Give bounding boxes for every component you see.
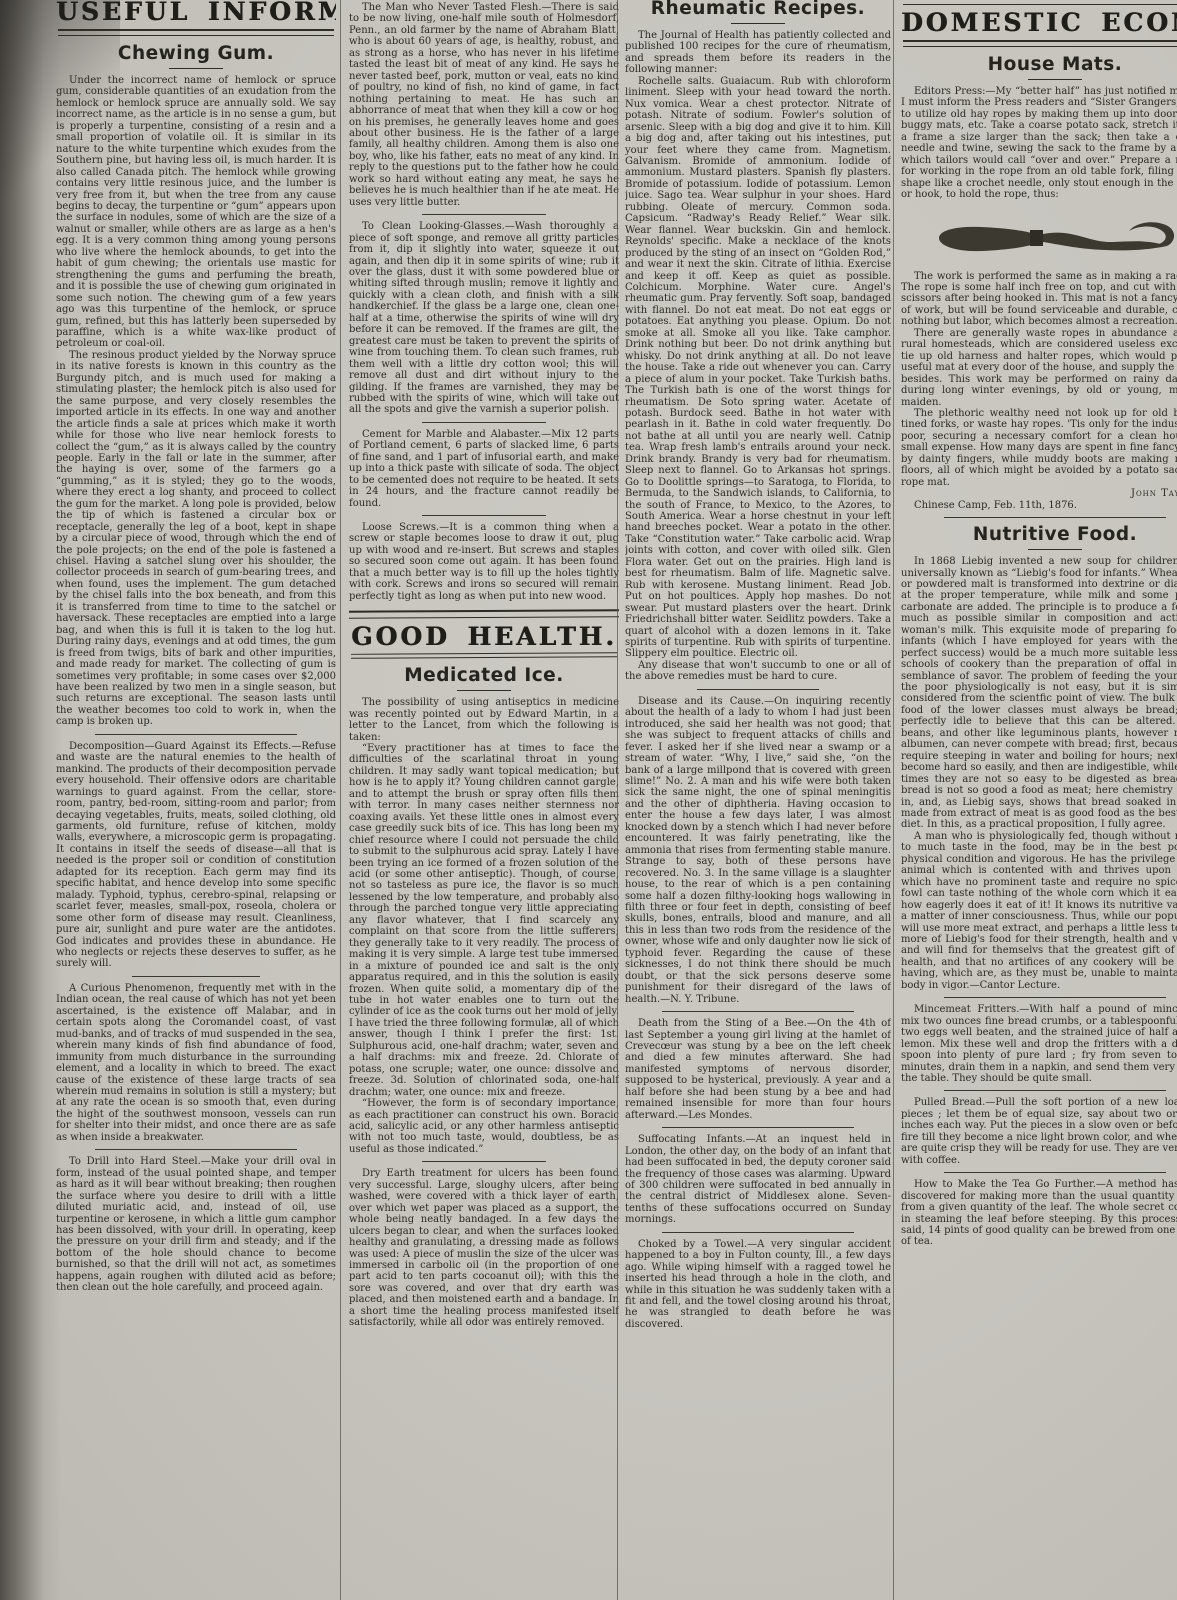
rule-divider (422, 214, 546, 215)
paragraph-sting-of-a-bee: Death from the Sting of a Bee.—On the 4t… (625, 1018, 891, 1121)
crochet-hook-illustration (931, 211, 1177, 263)
rule-divider (132, 976, 261, 977)
section-title-useful-information: USEFUL INFORMATION. (56, 0, 336, 26)
paragraph-house-mats-2: The work is performed the same as in mak… (901, 271, 1177, 328)
paragraph-curious-phenomenon: A Curious Phenomenon, frequently met wit… (56, 983, 336, 1143)
column-divider (893, 0, 894, 1600)
rule-divider (731, 23, 785, 24)
paragraph-clean-looking-glasses: To Clean Looking-Glasses.—Wash thoroughl… (349, 221, 619, 416)
paragraph-nutritive-food-1: In 1868 Liebig invented a new soup for c… (901, 556, 1177, 831)
paragraph-suffocating-infants: Suffocating Infants.—At an inquest held … (625, 1134, 891, 1226)
column-divider (617, 0, 618, 1600)
newspaper-page: USEFUL INFORMATION. Chewing Gum. Under t… (0, 0, 1177, 1600)
paragraph-rheumatic-intro: The Journal of Health has patiently coll… (625, 30, 891, 76)
article-title-house-mats: House Mats. (901, 54, 1177, 75)
paragraph-disease-and-its-cause: Disease and its Cause.—On inquiring rece… (625, 696, 891, 1005)
paragraph-chewing-gum-2: The resinous product yielded by the Norw… (56, 350, 336, 728)
article-title-medicated-ice: Medicated Ice. (349, 665, 619, 686)
column-3: Rheumatic Recipes. The Journal of Health… (625, 0, 891, 1600)
paragraph-choked-by-a-towel: Choked by a Towel.—A very singular accid… (625, 1239, 891, 1331)
rule-divider (944, 517, 1166, 518)
paragraph-house-mats-3: There are generally waste ropes in abund… (901, 328, 1177, 408)
rule-divider (944, 997, 1166, 998)
paragraph-medicated-ice-2: “Every practitioner has at times to face… (349, 743, 619, 1098)
rule-divider (903, 40, 1177, 47)
rule-divider (422, 422, 546, 423)
paragraph-decomposition: Decomposition—Guard Against its Effects.… (56, 741, 336, 970)
rule-divider (95, 1149, 297, 1150)
paragraph-loose-screws: Loose Screws.—It is a common thing when … (349, 522, 619, 602)
paragraph-pulled-bread: Pulled Bread.—Pull the soft portion of a… (901, 1097, 1177, 1166)
paragraph-house-mats-1: Editors Press:—My “better half” has just… (901, 86, 1177, 201)
paragraph-medicated-ice-3: “However, the form is of secondary impor… (349, 1098, 619, 1155)
rule-divider (697, 689, 819, 690)
paragraph-medicated-ice-1: The possibility of using antiseptics in … (349, 697, 619, 743)
signature-john-taylor: John Taylor. (901, 488, 1177, 499)
rule-divider (169, 68, 223, 69)
rule-divider (351, 652, 617, 659)
rule-divider (1028, 549, 1082, 550)
paragraph-nutritive-food-2: A man who is physiologically fed, though… (901, 831, 1177, 991)
rule-divider (662, 1011, 854, 1012)
rule-divider (95, 734, 297, 735)
article-title-chewing-gum: Chewing Gum. (56, 43, 336, 64)
article-title-rheumatic-recipes: Rheumatic Recipes. (625, 0, 891, 19)
paragraph-chewing-gum-1: Under the incorrect name of hemlock or s… (56, 75, 336, 350)
section-title-good-health: GOOD HEALTH. (349, 622, 619, 651)
paragraph-dry-earth: Dry Earth treatment for ulcers has been … (349, 1168, 619, 1328)
rule-divider (944, 1172, 1166, 1173)
rule-divider (422, 515, 546, 516)
section-title-domestic-economy: DOMESTIC ECONOMY. (901, 8, 1177, 37)
paragraph-mincemeat-fritters: Mincemeat Fritters.—With half a pound of… (901, 1004, 1177, 1084)
rule-divider (662, 1232, 854, 1233)
article-title-nutritive-food: Nutritive Food. (901, 524, 1177, 545)
paragraph-never-tasted-flesh: The Man who Never Tasted Flesh.—There is… (349, 2, 619, 208)
rule-divider (349, 609, 619, 618)
rule-divider (662, 1127, 854, 1128)
column-divider (340, 0, 341, 1600)
rule-divider (944, 1090, 1166, 1091)
rule-divider (58, 29, 334, 36)
paragraph-tea-go-further: How to Make the Tea Go Further.—A method… (901, 1179, 1177, 1248)
paragraph-cement-marble-alabaster: Cement for Marble and Alabaster.—Mix 12 … (349, 429, 619, 509)
rule-divider (422, 1161, 546, 1162)
rule-divider (457, 690, 511, 691)
column-4: DOMESTIC ECONOMY. House Mats. Editors Pr… (901, 0, 1177, 1600)
paragraph-rheumatic-closing: Any disease that won't succumb to one or… (625, 660, 891, 683)
rule-divider (1028, 79, 1082, 80)
paragraph-house-mats-4: The plethoric wealthy need not look up f… (901, 408, 1177, 488)
column-1: USEFUL INFORMATION. Chewing Gum. Under t… (56, 0, 336, 1600)
paragraph-drill-hard-steel: To Drill into Hard Steel.—Make your dril… (56, 1156, 336, 1293)
paragraph-rheumatic-list: Rochelle salts. Guaiacum. Rub with chlor… (625, 76, 891, 660)
dateline-chinese-camp: Chinese Camp, Feb. 11th, 1876. (901, 500, 1177, 511)
column-2: The Man who Never Tasted Flesh.—There is… (349, 0, 619, 1600)
